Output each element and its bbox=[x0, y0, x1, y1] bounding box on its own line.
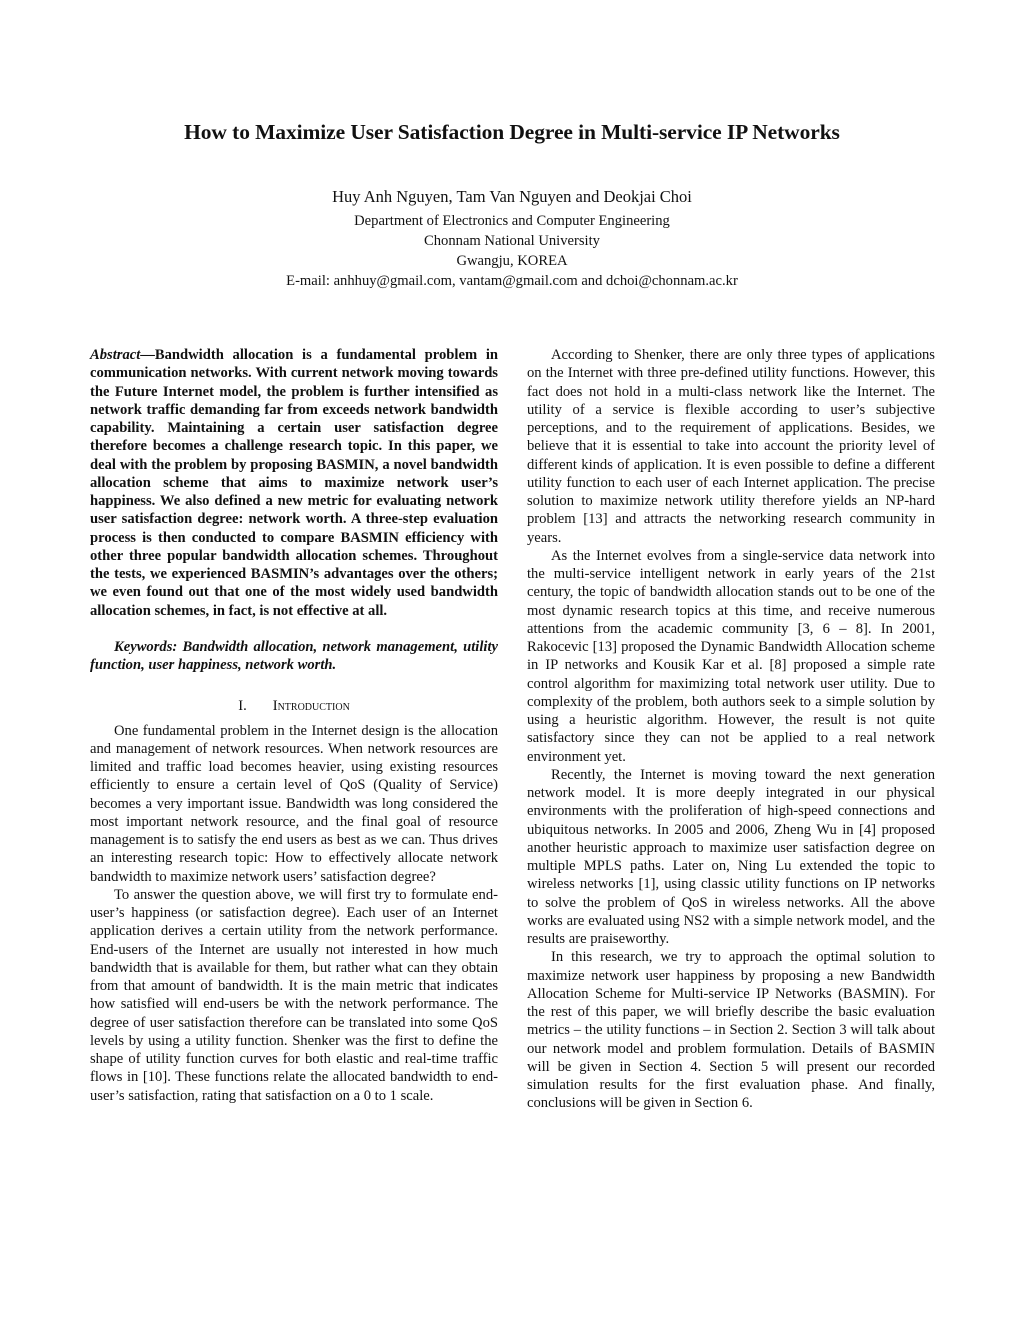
intro-paragraph-6: In this research, we try to approach the… bbox=[527, 948, 935, 1112]
intro-paragraph-2: To answer the question above, we will fi… bbox=[90, 886, 498, 1105]
abstract-text: Bandwidth allocation is a fundamental pr… bbox=[90, 347, 498, 619]
intro-paragraph-3: According to Shenker, there are only thr… bbox=[527, 346, 935, 547]
right-column: According to Shenker, there are only thr… bbox=[527, 346, 935, 1113]
keywords: Keywords: Bandwidth allocation, network … bbox=[90, 638, 498, 675]
paper-title: How to Maximize User Satisfaction Degree… bbox=[0, 120, 1024, 145]
author-list: Huy Anh Nguyen, Tam Van Nguyen and Deokj… bbox=[0, 187, 1024, 207]
affiliation-university: Chonnam National University bbox=[0, 231, 1024, 251]
section-title: Introduction bbox=[273, 698, 350, 714]
affiliation-department: Department of Electronics and Computer E… bbox=[0, 211, 1024, 231]
section-heading-introduction: I.Introduction bbox=[90, 697, 498, 715]
intro-paragraph-1: One fundamental problem in the Internet … bbox=[90, 722, 498, 886]
intro-paragraph-5: Recently, the Internet is moving toward … bbox=[527, 766, 935, 949]
left-column: Abstract—Bandwidth allocation is a funda… bbox=[90, 346, 498, 1105]
affiliation-block: Department of Electronics and Computer E… bbox=[0, 211, 1024, 291]
section-number: I. bbox=[238, 698, 247, 714]
intro-paragraph-4: As the Internet evolves from a single-se… bbox=[527, 547, 935, 766]
abstract: Abstract—Bandwidth allocation is a funda… bbox=[90, 346, 498, 620]
author-emails: E-mail: anhhuy@gmail.com, vantam@gmail.c… bbox=[0, 271, 1024, 291]
affiliation-location: Gwangju, KOREA bbox=[0, 251, 1024, 271]
abstract-dash: — bbox=[140, 347, 155, 363]
paper-page: How to Maximize User Satisfaction Degree… bbox=[0, 0, 1024, 1328]
abstract-label: Abstract bbox=[90, 347, 140, 363]
